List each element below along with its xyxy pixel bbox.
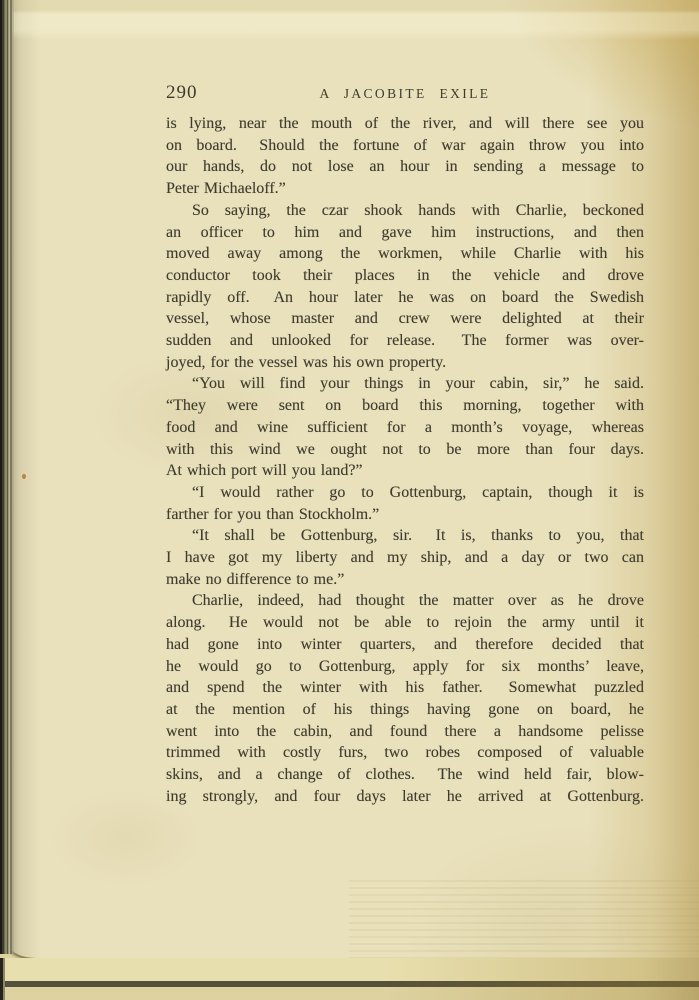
- text-line: went into the cabin, and found there a h…: [166, 721, 644, 743]
- text-line: conductor took their places in the vehic…: [166, 265, 644, 287]
- text-line: Peter Michaeloff.”: [166, 178, 644, 200]
- page-edge-streaks: [349, 880, 699, 958]
- text-line: vessel, whose master and crew were delig…: [166, 308, 644, 330]
- text-line: trimmed with costly furs, two robes comp…: [166, 742, 644, 764]
- text-line: Charlie, indeed, had thought the matter …: [166, 590, 644, 612]
- text-line: “It shall be Gottenburg, sir. It is, tha…: [166, 525, 644, 547]
- book-photo: 290 A JACOBITE EXILE is lying, near the …: [0, 0, 699, 1000]
- text-line: At which port will you land?”: [166, 460, 644, 482]
- text-line: food and wine sufficient for a month’s v…: [166, 417, 644, 439]
- text-line: sudden and unlooked for release. The for…: [166, 330, 644, 352]
- page-edges: [0, 958, 699, 1000]
- chapter-title: A JACOBITE EXILE: [166, 86, 644, 102]
- text-line: skins, and a change of clothes. The wind…: [166, 764, 644, 786]
- text-line: our hands, do not lose an hour in sendin…: [166, 156, 644, 178]
- text-line: at the mention of his things having gone…: [166, 699, 644, 721]
- text-line: “I would rather go to Gottenburg, captai…: [166, 482, 644, 504]
- text-line: is lying, near the mouth of the river, a…: [166, 113, 644, 135]
- text-line: “You will find your things in your cabin…: [166, 373, 644, 395]
- running-head: 290 A JACOBITE EXILE: [166, 82, 644, 106]
- book-page: 290 A JACOBITE EXILE is lying, near the …: [6, 0, 699, 958]
- text-line: So saying, the czar shook hands with Cha…: [166, 200, 644, 222]
- text-line: he would go to Gottenburg, apply for six…: [166, 656, 644, 678]
- book-gutter: [0, 0, 14, 954]
- text-line: rapidly off. An hour later he was on boa…: [166, 287, 644, 309]
- text-line: and spend the winter with his father. So…: [166, 677, 644, 699]
- text-line: “They were sent on board this morning, t…: [166, 395, 644, 417]
- text-line: on board. Should the fortune of war agai…: [166, 135, 644, 157]
- text-line: joyed, for the vessel was his own proper…: [166, 352, 644, 374]
- text-line: with this wind we ought not to be more t…: [166, 439, 644, 461]
- text-line: along. He would not be able to rejoin th…: [166, 612, 644, 634]
- text-block: is lying, near the mouth of the river, a…: [166, 113, 644, 808]
- text-line: make no difference to me.”: [166, 569, 644, 591]
- text-line: an officer to him and gave him instructi…: [166, 222, 644, 244]
- text-line: moved away among the workmen, while Char…: [166, 243, 644, 265]
- text-line: farther for you than Stockholm.”: [166, 504, 644, 526]
- text-line: had gone into winter quarters, and there…: [166, 634, 644, 656]
- text-line: ing strongly, and four days later he arr…: [166, 786, 644, 808]
- text-line: I have got my liberty and my ship, and a…: [166, 547, 644, 569]
- foxing-speck: [22, 474, 26, 479]
